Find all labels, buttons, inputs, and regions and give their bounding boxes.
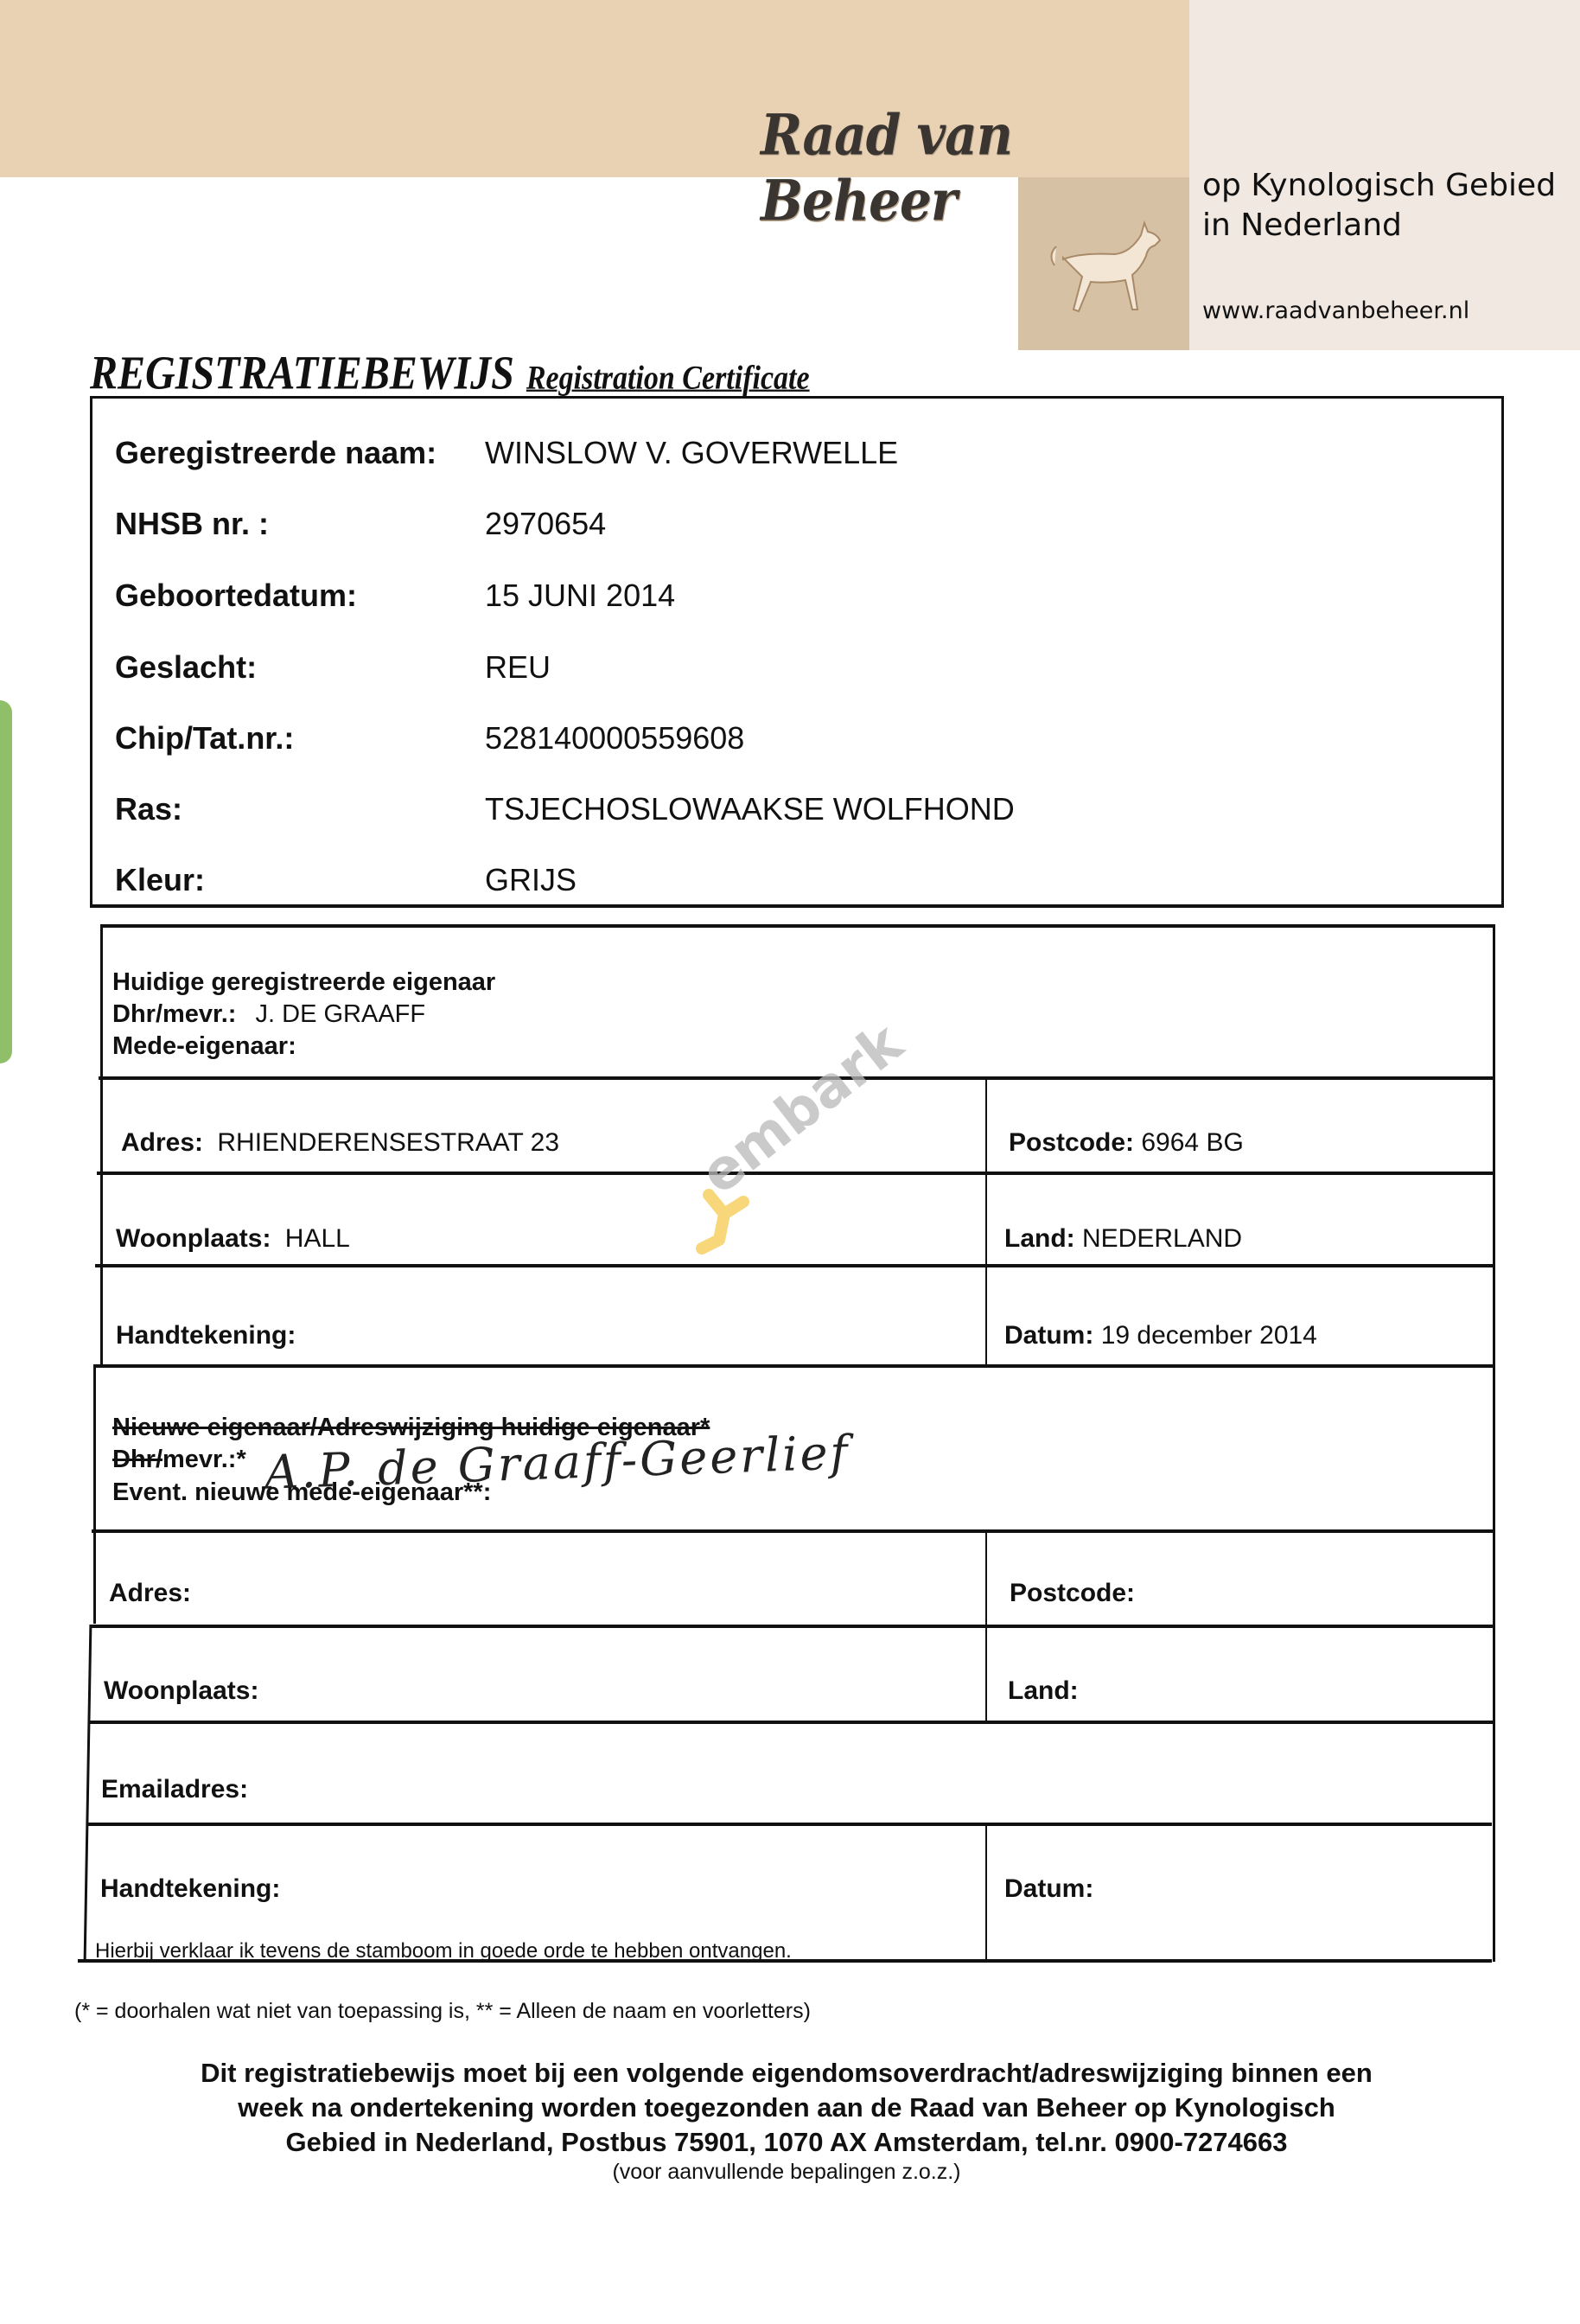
- field-registered-name: Geregistreerde naam: WINSLOW V. GOVERWEL…: [115, 435, 898, 471]
- field-label: NHSB nr. :: [115, 506, 485, 542]
- city-value: HALL: [285, 1224, 350, 1253]
- field-value: GRIJS: [485, 862, 577, 898]
- new-co-owner-label: Event. nieuwe mede-eigenaar**:: [112, 1478, 491, 1507]
- field-value: WINSLOW V. GOVERWELLE: [485, 435, 898, 471]
- divider: [90, 1625, 1494, 1628]
- new-country-label[interactable]: Land:: [1008, 1676, 1079, 1706]
- divider: [95, 1264, 1495, 1267]
- certificate-title-nl: REGISTRATIEBEWIJS: [90, 347, 514, 399]
- current-signature-label: Handtekening:: [116, 1321, 296, 1350]
- current-owner-name: Dhr/mevr.: J. DE GRAAFF: [112, 1000, 425, 1029]
- brand-subtitle-line2: in Nederland: [1202, 206, 1574, 246]
- new-address-label[interactable]: Adres:: [109, 1579, 191, 1608]
- city-label: Woonplaats:: [116, 1224, 271, 1253]
- notice-line3: Gebied in Nederland, Postbus 75901, 1070…: [156, 2125, 1418, 2160]
- field-label: Geslacht:: [115, 649, 485, 686]
- field-color: Kleur: GRIJS: [115, 862, 577, 898]
- notice-sub: (voor aanvullende bepalingen z.o.z.): [156, 2160, 1418, 2185]
- address-value: RHIENDERENSESTRAAT 23: [217, 1128, 559, 1157]
- border-right: [1493, 924, 1495, 1962]
- current-date: Datum: 19 december 2014: [1004, 1321, 1317, 1350]
- field-sex: Geslacht: REU: [115, 649, 551, 686]
- field-label: Geboortedatum:: [115, 578, 485, 614]
- border-left: [100, 924, 103, 1365]
- column-divider: [985, 1079, 987, 1364]
- divider: [97, 1172, 1495, 1175]
- field-breed: Ras: TSJECHOSLOWAAKSE WOLFHOND: [115, 791, 1015, 827]
- name-label: Dhr/mevr.:: [112, 1000, 236, 1028]
- field-value: 528140000559608: [485, 720, 744, 757]
- website-link[interactable]: www.raadvanbeheer.nl: [1202, 297, 1469, 324]
- certificate-title: REGISTRATIEBEWIJSRegistration Certificat…: [90, 346, 810, 400]
- current-address: Adres: RHIENDERENSESTRAAT 23: [121, 1128, 559, 1158]
- current-city: Woonplaats: HALL: [116, 1224, 350, 1254]
- field-value: 2970654: [485, 506, 606, 542]
- name-label: mevr.:*: [162, 1446, 246, 1473]
- column-divider: [985, 1825, 987, 1959]
- new-owner-name-label: Dhr/mevr.:*: [112, 1446, 246, 1474]
- new-signature-label[interactable]: Handtekening:: [100, 1874, 280, 1904]
- date-label: Datum:: [1004, 1321, 1093, 1350]
- field-value: REU: [485, 649, 551, 686]
- date-value: 19 december 2014: [1101, 1321, 1317, 1350]
- field-nhsb-number: NHSB nr. : 2970654: [115, 506, 606, 542]
- field-label: Chip/Tat.nr.:: [115, 720, 485, 757]
- divider: [88, 1721, 1494, 1724]
- notice-line2: week na ondertekening worden toegezonden…: [156, 2091, 1418, 2125]
- field-label: Ras:: [115, 791, 485, 827]
- postcode-value: 6964 BG: [1141, 1128, 1243, 1157]
- border-left: [93, 1364, 96, 1624]
- divider: [92, 1529, 1495, 1533]
- address-label: Adres:: [121, 1128, 203, 1157]
- dog-details-box: Geregistreerde naam: WINSLOW V. GOVERWEL…: [90, 396, 1504, 908]
- footnote: (* = doorhalen wat niet van toepassing i…: [74, 1999, 811, 2024]
- field-value: 15 JUNI 2014: [485, 578, 675, 614]
- divider: [93, 1364, 1495, 1368]
- new-city-label[interactable]: Woonplaats:: [104, 1676, 258, 1706]
- field-label: Kleur:: [115, 862, 485, 898]
- brand-subtitle: op Kynologisch Gebied in Nederland: [1202, 166, 1574, 246]
- co-owner-label: Mede-eigenaar:: [112, 1032, 296, 1061]
- field-birth-date: Geboortedatum: 15 JUNI 2014: [115, 578, 675, 614]
- declaration-text: Hierbij verklaar ik tevens de stamboom i…: [95, 1939, 792, 1963]
- name-label-struck: Dhr/: [112, 1446, 162, 1473]
- border-left: [84, 1625, 92, 1962]
- name-value: J. DE GRAAFF: [256, 1000, 426, 1028]
- field-label: Geregistreerde naam:: [115, 435, 485, 471]
- divider: [86, 1823, 1492, 1826]
- paper-edge: [0, 700, 12, 1063]
- certificate-title-en: Registration Certificate: [526, 360, 810, 397]
- current-postcode: Postcode: 6964 BG: [1009, 1128, 1244, 1158]
- column-divider: [985, 1532, 987, 1721]
- current-country: Land: NEDERLAND: [1004, 1224, 1242, 1254]
- brand-subtitle-line1: op Kynologisch Gebied: [1202, 166, 1574, 206]
- field-chip-number: Chip/Tat.nr.: 528140000559608: [115, 720, 744, 757]
- country-label: Land:: [1004, 1224, 1075, 1253]
- new-postcode-label[interactable]: Postcode:: [1010, 1579, 1135, 1608]
- notice: Dit registratiebewijs moet bij een volge…: [156, 2056, 1418, 2160]
- notice-line1: Dit registratiebewijs moet bij een volge…: [156, 2056, 1418, 2091]
- brand-title: Raad van Beheer: [761, 102, 1175, 233]
- watermark-text: embark: [689, 1012, 914, 1208]
- field-value: TSJECHOSLOWAAKSE WOLFHOND: [485, 791, 1015, 827]
- new-email-label[interactable]: Emailadres:: [101, 1775, 248, 1804]
- divider: [100, 924, 1495, 928]
- current-owner-heading: Huidige geregistreerde eigenaar: [112, 968, 495, 997]
- country-value: NEDERLAND: [1082, 1224, 1242, 1253]
- postcode-label: Postcode:: [1009, 1128, 1134, 1157]
- new-date-label[interactable]: Datum:: [1004, 1874, 1093, 1904]
